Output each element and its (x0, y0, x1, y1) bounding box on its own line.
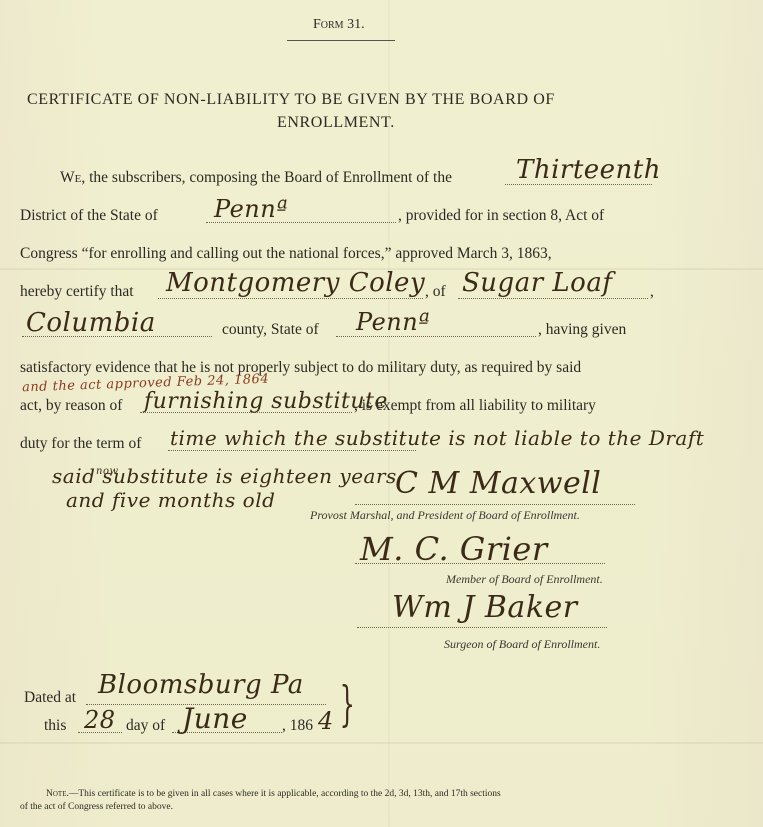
dated-at-label: Dated at (24, 689, 76, 707)
day-field[interactable]: 28 (84, 706, 116, 734)
signature-line (355, 504, 635, 505)
note-line2[interactable]: and five months old (66, 488, 275, 512)
line6-text: satisfactory evidence that he is not pro… (20, 359, 581, 377)
state2-field-line (336, 336, 536, 337)
signature-line (357, 627, 607, 628)
reason-field[interactable]: furnishing substitute (144, 389, 388, 414)
line1-text: , the subscribers, composing the Board o… (81, 169, 452, 186)
name-field-line (158, 298, 423, 299)
line4-mid: , of (425, 283, 446, 301)
role-member: Member of Board of Enrollment. (446, 572, 603, 587)
certificate-title-line2: ENROLLMENT. (277, 114, 395, 132)
term-field-line (168, 450, 416, 451)
certificate-title-line1: CERTIFICATE OF NON-LIABILITY TO BE GIVEN… (27, 91, 555, 109)
line7-suffix: , is exempt from all liability to milita… (354, 397, 596, 415)
county-field[interactable]: Columbia (26, 308, 156, 338)
state2-field[interactable]: Pennª (356, 308, 430, 336)
year-suffix-field[interactable]: 4 (318, 707, 334, 735)
signature-provost-marshal[interactable]: C M Maxwell (395, 466, 601, 501)
note-line1: Note.—This certificate is to be given in… (46, 789, 501, 799)
note-line2: of the act of Congress referred to above… (20, 802, 173, 812)
day-of-label: day of (126, 717, 165, 735)
role-provost-marshal: Provost Marshal, and President of Board … (310, 508, 580, 523)
district-number-field[interactable]: Thirteenth (516, 155, 661, 185)
year-prefix: , 186 (282, 717, 313, 735)
line4-prefix: hereby certify that (20, 283, 134, 301)
comma: , (650, 283, 654, 301)
place-field-line (458, 298, 648, 299)
name-field[interactable]: Montgomery Coley (166, 268, 425, 298)
line7-prefix: act, by reason of (20, 397, 122, 415)
note-line1[interactable]: said substitute is eighteen years (52, 464, 397, 488)
place-field[interactable]: Sugar Loaf (462, 268, 612, 298)
line5-mid: county, State of (222, 321, 319, 339)
form-number: Form 31. (313, 17, 365, 33)
line8-prefix: duty for the term of (20, 435, 141, 453)
this-label: this (44, 717, 66, 735)
line3-text: Congress “for enrolling and calling out … (20, 245, 552, 263)
line2-suffix: , provided for in section 8, Act of (398, 207, 604, 225)
signature-line (355, 563, 605, 564)
state-field[interactable]: Pennª (214, 195, 288, 223)
body-line1: We, the subscribers, composing the Board… (60, 169, 452, 187)
note-text1: —This certificate is to be given in all … (69, 789, 501, 799)
line5-suffix: , having given (538, 321, 626, 339)
header-rule (287, 40, 395, 41)
line2-prefix: District of the State of (20, 207, 158, 225)
signature-surgeon[interactable]: Wm J Baker (392, 590, 578, 625)
month-field[interactable]: June (182, 702, 248, 735)
brace-icon: } (340, 680, 355, 728)
fold-line (0, 742, 763, 744)
we-label: We (60, 169, 81, 186)
role-surgeon: Surgeon of Board of Enrollment. (444, 637, 600, 652)
term-field[interactable]: time which the substitute is not liable … (170, 426, 704, 450)
note-label: Note. (46, 789, 69, 799)
dated-place-field[interactable]: Bloomsburg Pa (98, 670, 304, 700)
